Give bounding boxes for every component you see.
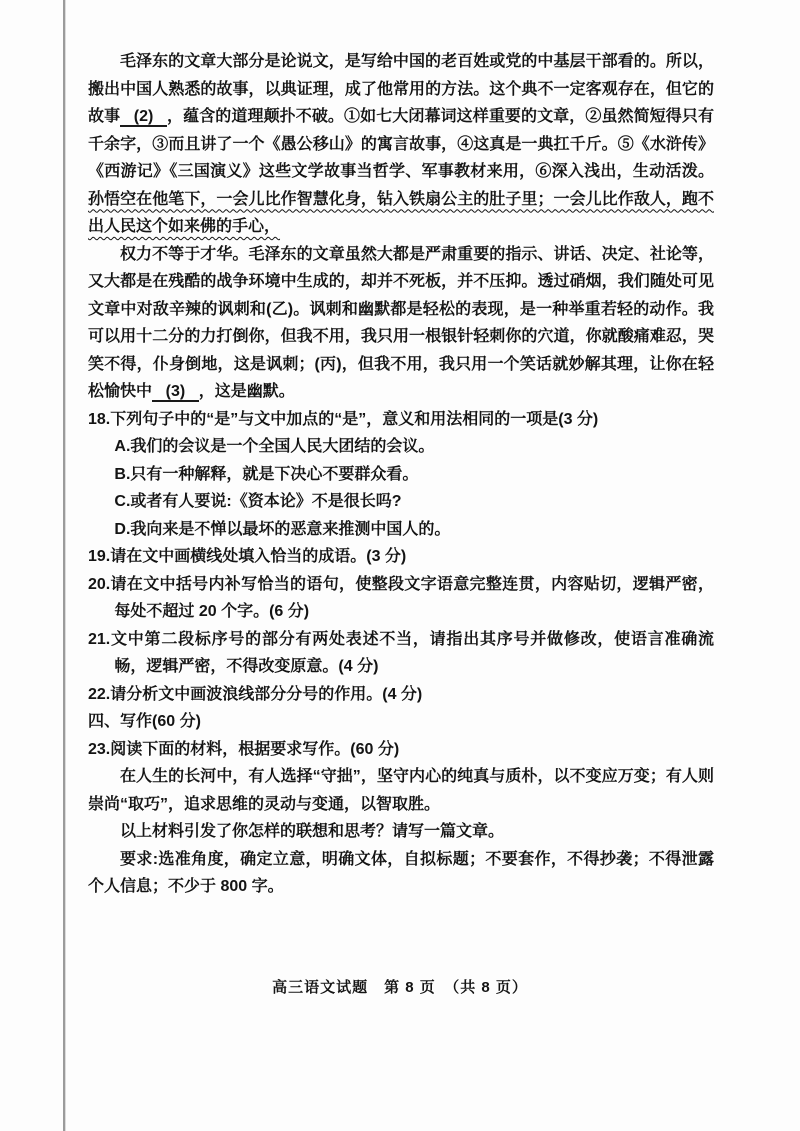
exam-content: 毛泽东的文章大部分是论说文，是写给中国的老百姓或党的中基层干部看的。所以，搬出中… [88,48,714,901]
question-19: 19.请在文中画横线处填入恰当的成语。(3 分) [88,543,714,571]
wavy-underline-segment: 孙悟空在他笔下，一会儿比作智慧化身，钻入铁扇公主的肚子里；一会儿比作敌人，跑不出… [88,191,714,236]
writing-requirements-paragraph: 要求:选准角度，确定立意，明确文体，自拟标题；不要套作，不得抄袭；不得泄露个人信… [88,846,714,901]
scan-fold-line [63,0,66,1131]
question-20: 20.请在文中括号内补写恰当的语句，使整段文字语意完整连贯，内容贴切，逻辑严密，… [88,571,714,626]
passage-paragraph-1: 毛泽东的文章大部分是论说文，是写给中国的老百姓或党的中基层干部看的。所以，搬出中… [88,48,714,241]
section-heading-writing: 四、写作(60 分) [88,708,714,736]
question-18-option-a: A.我们的会议是一个全国人民大团结的会议。 [88,433,714,461]
question-22: 22.请分析文中画波浪线部分分号的作用。(4 分) [88,681,714,709]
question-18-option-b: B.只有一种解释，就是下决心不要群众看。 [88,461,714,489]
writing-material-paragraph: 在人生的长河中，有人选择“守拙”，坚守内心的纯真与质朴，以不变应万变；有人则崇尚… [88,763,714,818]
exam-page: 毛泽东的文章大部分是论说文，是写给中国的老百姓或党的中基层干部看的。所以，搬出中… [0,0,800,1131]
passage-text: 权力不等于才华。毛泽东的文章虽然大都是严肃重要的指示、讲话、决定、社论等，又大都… [88,246,714,401]
passage-paragraph-2: 权力不等于才华。毛泽东的文章虽然大都是严肃重要的指示、讲话、决定、社论等，又大都… [88,241,714,406]
passage-text: ，这是幽默。 [199,383,295,400]
question-21: 21.文中第二段标序号的部分有两处表述不当，请指出其序号并做修改，使语言准确流畅… [88,626,714,681]
question-18-option-c: C.或者有人要说:《资本论》不是很长吗? [88,488,714,516]
writing-prompt-paragraph: 以上材料引发了你怎样的联想和思考？请写一篇文章。 [88,818,714,846]
blank-3-underline: (3) [152,383,199,402]
blank-2-underline: (2) [120,108,167,127]
question-18: 18.下列句子中的“是”与文中加点的“是”，意义和用法相同的一项是(3 分) [88,406,714,434]
passage-text: ，蕴含的道理颠扑不破。①如七大闭幕词这样重要的文章，②虽然简短得只有千余字，③而… [88,108,714,180]
question-18-option-d: D.我向来是不惮以最坏的恶意来推测中国人的。 [88,516,714,544]
page-footer: 高三语文试题 第 8 页 （共 8 页） [0,976,800,997]
question-23: 23.阅读下面的材料，根据要求写作。(60 分) [88,736,714,764]
